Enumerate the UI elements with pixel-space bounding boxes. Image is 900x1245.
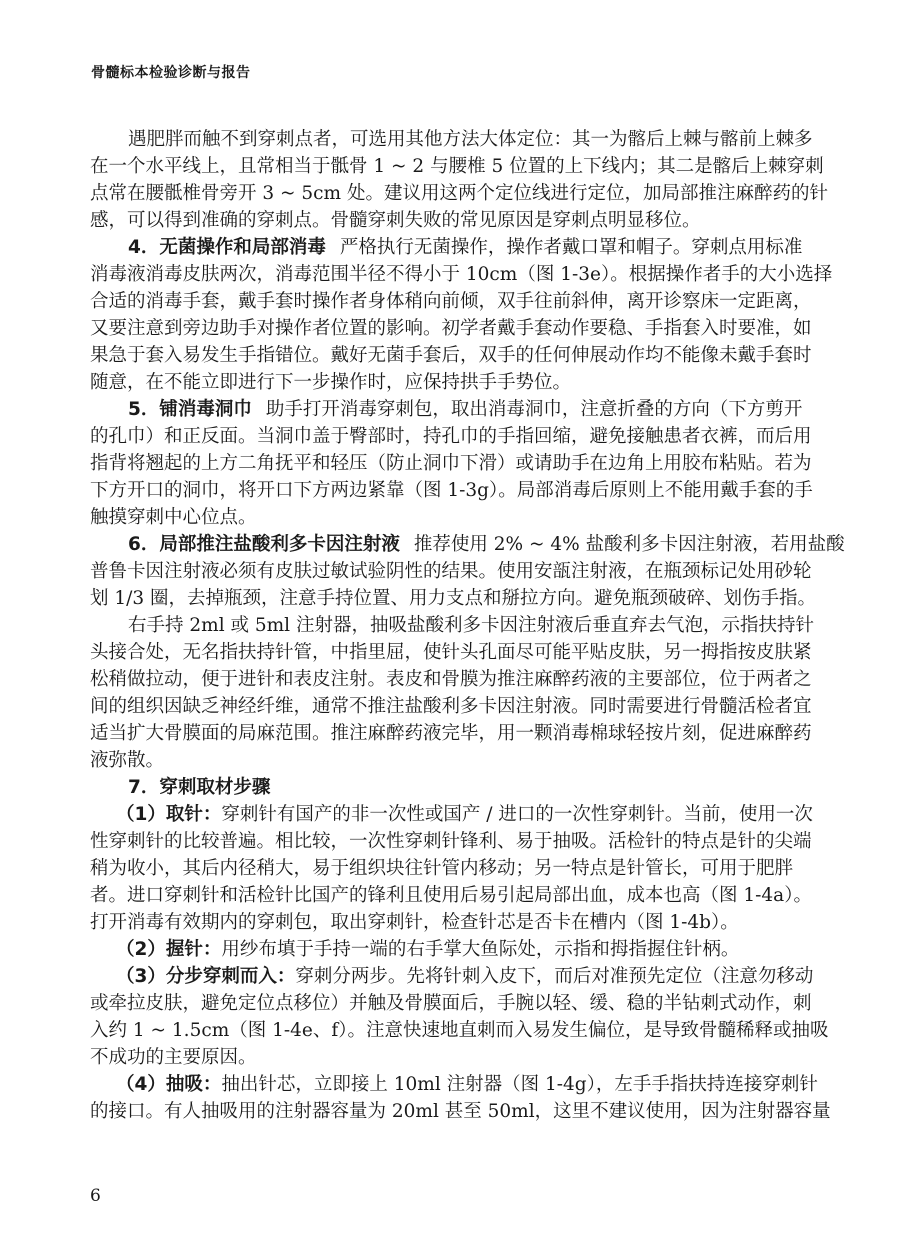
- text-line: （4）抽吸：抽出针芯，立即接上 10ml 注射器（图 1-4g），左手手指扶持连…: [90, 1071, 783, 1098]
- page-body: 遇肥胖而触不到穿刺点者，可选用其他方法大体定位：其一为髂后上棘与髂前上棘多 在一…: [90, 126, 783, 1125]
- text-line: 果急于套入易发生手指错位。戴好无菌手套后，双手的任何伸展动作均不能像未戴手套时: [90, 342, 783, 369]
- text-line: （2）握针：用纱布填于手持一端的右手掌大鱼际处，示指和拇指握住针柄。: [90, 936, 783, 963]
- text-line: 6．局部推注盐酸利多卡因注射液推荐使用 2% ~ 4% 盐酸利多卡因注射液，若用…: [90, 531, 783, 558]
- text-line: 又要注意到旁边助手对操作者位置的影响。初学者戴手套动作要稳、手指套入时要准，如: [90, 315, 783, 342]
- text-line: 合适的消毒手套，戴手套时操作者身体稍向前倾，双手往前斜伸，离开诊察床一定距离，: [90, 288, 783, 315]
- text-line: 在一个水平线上，且常相当于骶骨 1 ~ 2 与腰椎 5 位置的上下线内；其二是髂…: [90, 153, 783, 180]
- text-line: 入约 1 ~ 1.5cm（图 1-4e、f）。注意快速地直刺而入易发生偏位，是导…: [90, 1017, 783, 1044]
- text-line: 随意，在不能立即进行下一步操作时，应保持拱手手势位。: [90, 369, 783, 396]
- text-line: 5．铺消毒洞巾助手打开消毒穿刺包，取出消毒洞巾，注意折叠的方向（下方剪开: [90, 396, 783, 423]
- step-heading: （3）分步穿刺而入：: [116, 966, 295, 987]
- page-number: 6: [90, 1186, 101, 1206]
- text-line: 的孔巾）和正反面。当洞巾盖于臀部时，持孔巾的手指回缩，避免接触患者衣裤，而后用: [90, 423, 783, 450]
- section-5-drape: 5．铺消毒洞巾助手打开消毒穿刺包，取出消毒洞巾，注意折叠的方向（下方剪开 的孔巾…: [90, 396, 783, 531]
- text-line: （3）分步穿刺而入：穿刺分两步。先将针刺入皮下，而后对准预先定位（注意勿移动: [90, 963, 783, 990]
- step-heading: （1）取针：: [116, 804, 221, 825]
- text-line: 头接合处，无名指扶持针管，中指里屈，使针头孔面尽可能平贴皮肤，另一拇指按皮肤紧: [90, 639, 783, 666]
- text-line: 的接口。有人抽吸用的注射器容量为 20ml 甚至 50ml，这里不建议使用，因为…: [90, 1098, 783, 1125]
- text-line: 适当扩大骨膜面的局麻范围。推注麻醉药液完毕，用一颗消毒棉球轻按片刻，促进麻醉药: [90, 720, 783, 747]
- step-4-aspirate: （4）抽吸：抽出针芯，立即接上 10ml 注射器（图 1-4g），左手手指扶持连…: [90, 1071, 783, 1125]
- section-heading: 4．无菌操作和局部消毒: [128, 237, 326, 258]
- text-line: 4．无菌操作和局部消毒严格执行无菌操作，操作者戴口罩和帽子。穿刺点用标准: [90, 234, 783, 261]
- text-line: 松稍做拉动，便于进针和表皮注射。表皮和骨膜为推注麻醉药液的主要部位，位于两者之: [90, 666, 783, 693]
- text-line: 消毒液消毒皮肤两次，消毒范围半径不得小于 10cm（图 1-3e）。根据操作者手…: [90, 261, 783, 288]
- section-7-heading: 7．穿刺取材步骤: [90, 774, 783, 801]
- text-line: 触摸穿刺中心位点。: [90, 504, 783, 531]
- text-line: 或牵拉皮肤，避免定位点移位）并触及骨膜面后，手腕以轻、缓、稳的半钻刺式动作，刺: [90, 990, 783, 1017]
- section-heading: 6．局部推注盐酸利多卡因注射液: [128, 534, 400, 555]
- step-heading: （2）握针：: [116, 939, 221, 960]
- text-line: 性穿刺针的比较普遍。相比较，一次性穿刺针锋利、易于抽吸。活检针的特点是针的尖端: [90, 828, 783, 855]
- step-2-grip-needle: （2）握针：用纱布填于手持一端的右手掌大鱼际处，示指和拇指握住针柄。: [90, 936, 783, 963]
- text-line: 划 1/3 圈，去掉瓶颈，注意手持位置、用力支点和掰拉方向。避免瓶颈破碎、划伤手…: [90, 585, 783, 612]
- text-line: 遇肥胖而触不到穿刺点者，可选用其他方法大体定位：其一为髂后上棘与髂前上棘多: [90, 126, 783, 153]
- step-1-take-needle: （1）取针：穿刺针有国产的非一次性或国产 / 进口的一次性穿刺针。当前，使用一次…: [90, 801, 783, 936]
- section-heading: 5．铺消毒洞巾: [128, 399, 252, 420]
- text-line: 感，可以得到准确的穿刺点。骨髓穿刺失败的常见原因是穿刺点明显移位。: [90, 207, 783, 234]
- paragraph-locating: 遇肥胖而触不到穿刺点者，可选用其他方法大体定位：其一为髂后上棘与髂前上棘多 在一…: [90, 126, 783, 234]
- text-line: 者。进口穿刺针和活检针比国产的锋利且使用后易引起局部出血，成本也高（图 1-4a…: [90, 882, 783, 909]
- text-line: 不成功的主要原因。: [90, 1044, 783, 1071]
- text-line: 稍为收小，其后内径稍大，易于组织块往针管内移动；另一特点是针管长，可用于肥胖: [90, 855, 783, 882]
- text-line: 右手持 2ml 或 5ml 注射器，抽吸盐酸利多卡因注射液后垂直弃去气泡，示指扶…: [90, 612, 783, 639]
- paragraph-syringe: 右手持 2ml 或 5ml 注射器，抽吸盐酸利多卡因注射液后垂直弃去气泡，示指扶…: [90, 612, 783, 774]
- step-heading: （4）抽吸：: [116, 1074, 221, 1095]
- running-head: 骨髓标本检验诊断与报告: [91, 62, 251, 82]
- text-line: 下方开口的洞巾，将开口下方两边紧靠（图 1-3g）。局部消毒后原则上不能用戴手套…: [90, 477, 783, 504]
- text-line: 点常在腰骶椎骨旁开 3 ~ 5cm 处。建议用这两个定位线进行定位，加局部推注麻…: [90, 180, 783, 207]
- step-3-stepwise-puncture: （3）分步穿刺而入：穿刺分两步。先将针刺入皮下，而后对准预先定位（注意勿移动 或…: [90, 963, 783, 1071]
- text-line: 指背将翘起的上方二角抚平和轻压（防止洞巾下滑）或请助手在边角上用胶布粘贴。若为: [90, 450, 783, 477]
- text-line: （1）取针：穿刺针有国产的非一次性或国产 / 进口的一次性穿刺针。当前，使用一次: [90, 801, 783, 828]
- text-line: 普鲁卡因注射液必须有皮肤过敏试验阴性的结果。使用安瓿注射液，在瓶颈标记处用砂轮: [90, 558, 783, 585]
- text-line: 打开消毒有效期内的穿刺包，取出穿刺针，检查针芯是否卡在槽内（图 1-4b）。: [90, 909, 783, 936]
- text-line: 间的组织因缺乏神经纤维，通常不推注盐酸利多卡因注射液。同时需要进行骨髓活检者宜: [90, 693, 783, 720]
- section-6-local-anesthesia: 6．局部推注盐酸利多卡因注射液推荐使用 2% ~ 4% 盐酸利多卡因注射液，若用…: [90, 531, 783, 612]
- text-line: 液弥散。: [90, 747, 783, 774]
- section-4-sterile-operation: 4．无菌操作和局部消毒严格执行无菌操作，操作者戴口罩和帽子。穿刺点用标准 消毒液…: [90, 234, 783, 396]
